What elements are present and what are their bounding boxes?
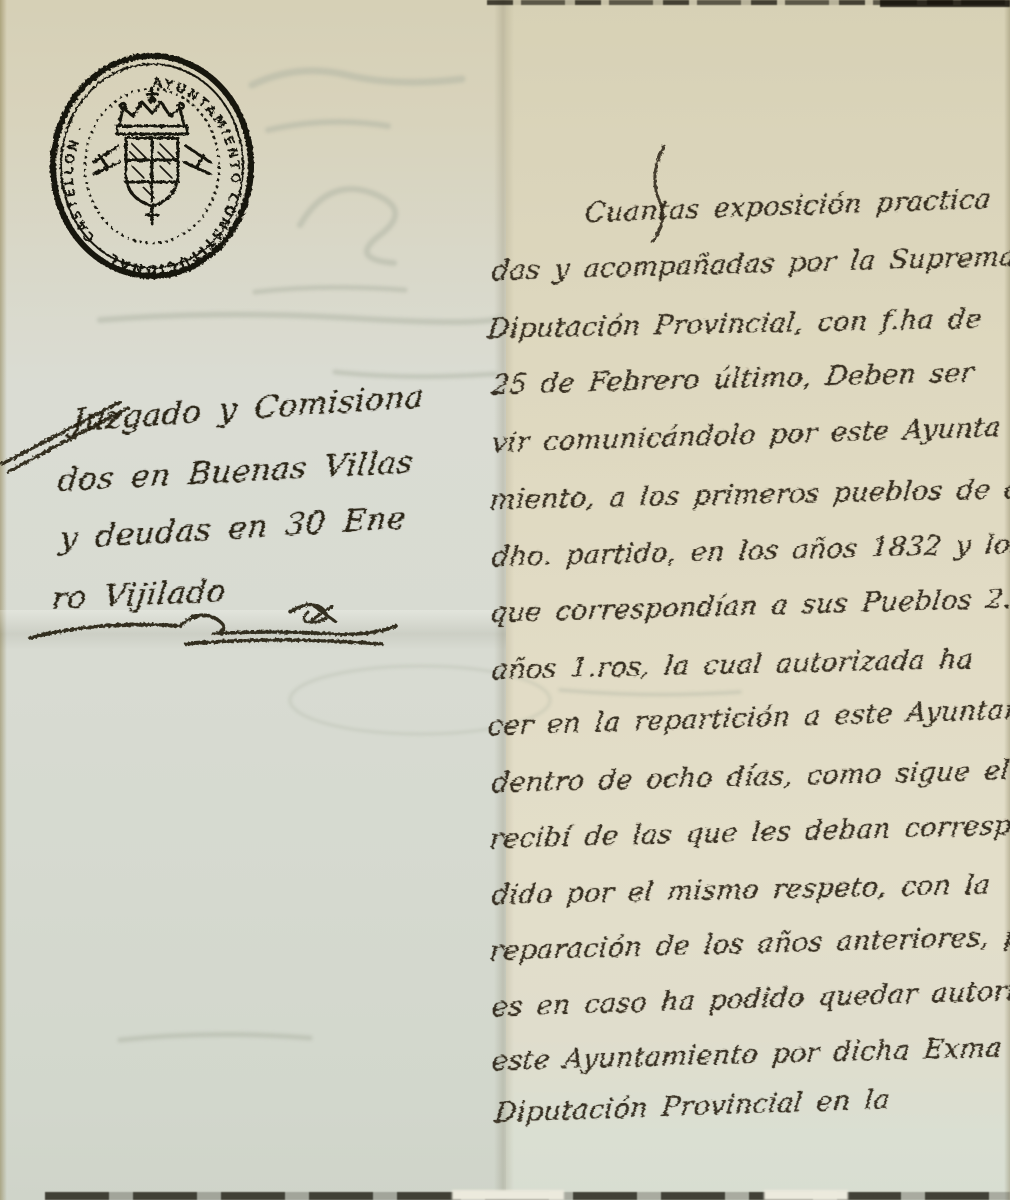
crowned-coat-of-arms-icon <box>94 88 210 224</box>
ghost-writing <box>120 1034 310 1040</box>
ghost-writing <box>560 690 740 695</box>
rubric-layer <box>0 380 520 680</box>
left-branch-icon <box>94 146 120 174</box>
capital-flourish <box>652 146 664 242</box>
base-cross-icon <box>146 208 158 224</box>
shield-quarter-lines <box>126 138 178 202</box>
crown-jewel <box>179 104 184 109</box>
rubric-knot <box>290 604 336 622</box>
crown-icon <box>119 102 184 126</box>
ghost-writing <box>100 314 500 322</box>
ghost-writing <box>255 287 405 292</box>
ghost-writing <box>268 122 388 130</box>
crown-band <box>117 126 187 134</box>
rubric-flourish <box>30 615 396 644</box>
municipal-seal: AYUNTAMIENTO CONSTITUCIONAL · CASTELLON … <box>46 50 261 285</box>
scanned-document: AYUNTAMIENTO CONSTITUCIONAL · CASTELLON … <box>0 0 1010 1200</box>
ghost-writing <box>335 372 495 377</box>
ghost-writing <box>252 71 462 85</box>
right-branch-icon <box>184 146 210 174</box>
ghost-writing <box>300 189 395 263</box>
crown-jewel <box>121 104 126 109</box>
pen-flourish <box>2 402 128 472</box>
